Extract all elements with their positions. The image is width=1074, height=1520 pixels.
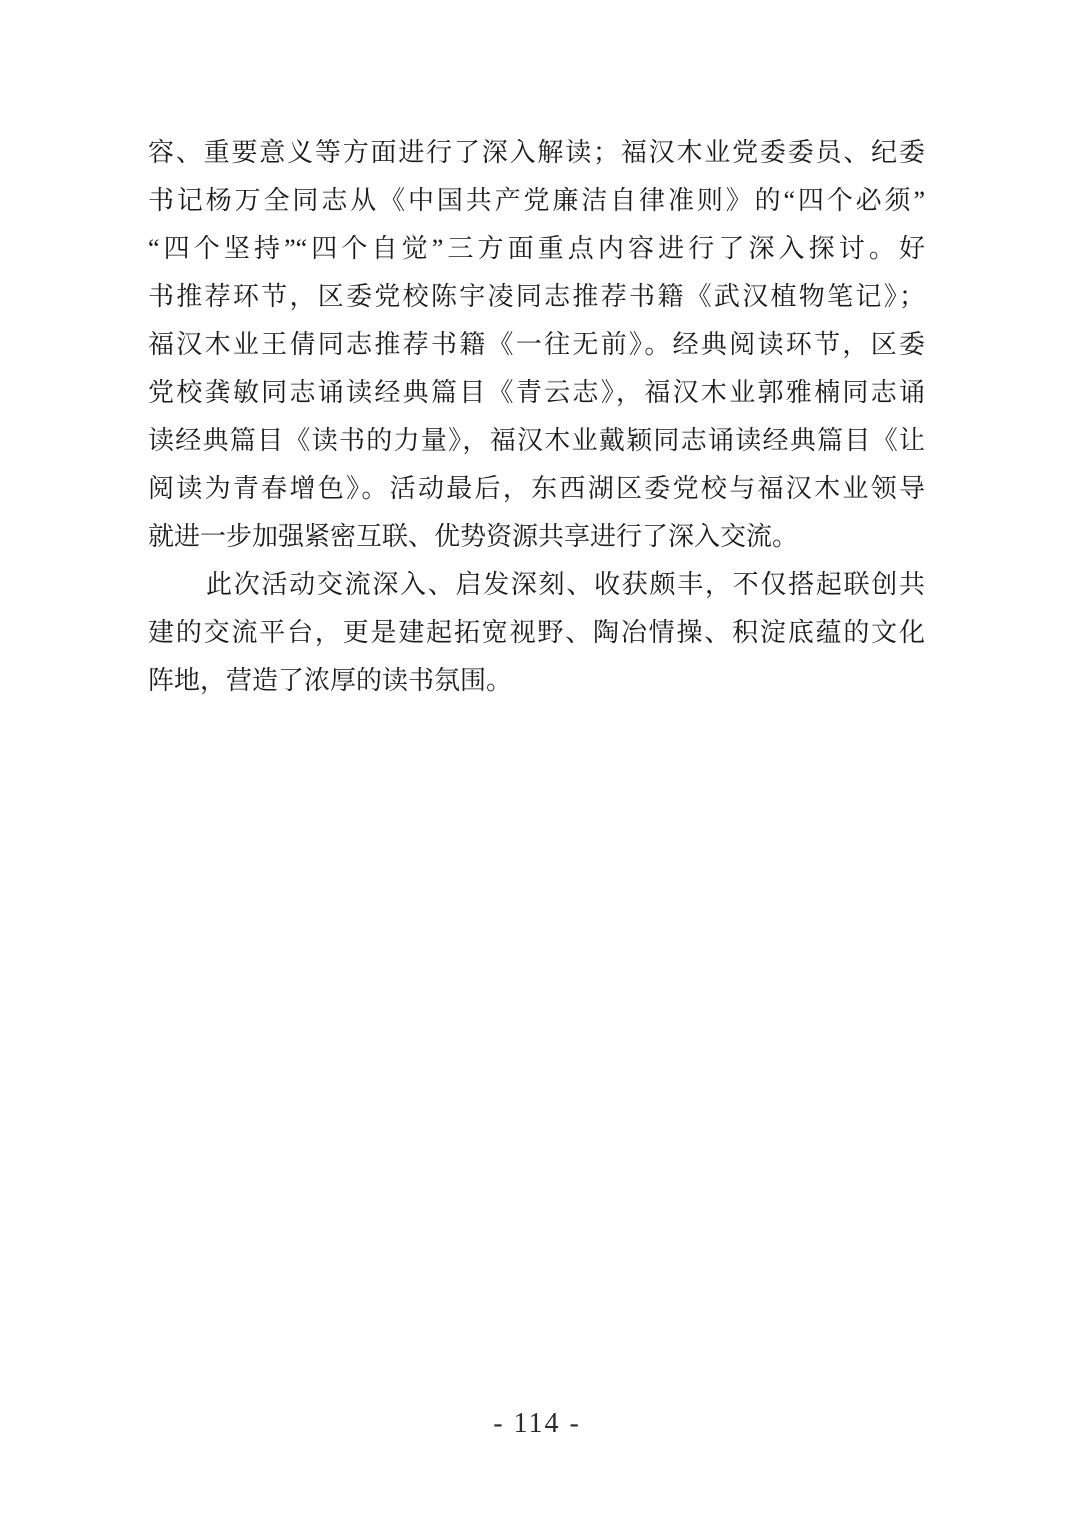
text-line: 阵地，营造了浓厚的读书氛围。 <box>148 657 925 705</box>
text-line: 读经典篇目《读书的力量》，福汉木业戴颖同志诵读经典篇目《让 <box>148 417 925 465</box>
text-line: 书记杨万全同志从《中国共产党廉洁自律准则》的“四个必须” <box>148 177 925 225</box>
text-line: 此次活动交流深入、启发深刻、收获颇丰，不仅搭起联创共 <box>148 561 925 609</box>
text-line: 福汉木业王倩同志推荐书籍《一往无前》。经典阅读环节，区委 <box>148 321 925 369</box>
text-line: “四个坚持”“四个自觉”三方面重点内容进行了深入探讨。好 <box>148 225 925 273</box>
page-number-label: - 114 - <box>493 1408 581 1439</box>
text-line: 阅读为青春增色》。活动最后，东西湖区委党校与福汉木业领导 <box>148 465 925 513</box>
text-line: 建的交流平台，更是建起拓宽视野、陶冶情操、积淀底蕴的文化 <box>148 609 925 657</box>
body-text: 容、重要意义等方面进行了深入解读；福汉木业党委委员、纪委 书记杨万全同志从《中国… <box>148 129 925 705</box>
text-line: 容、重要意义等方面进行了深入解读；福汉木业党委委员、纪委 <box>148 129 925 177</box>
text-line: 书推荐环节，区委党校陈宇凌同志推荐书籍《武汉植物笔记》； <box>148 273 925 321</box>
document-page: 容、重要意义等方面进行了深入解读；福汉木业党委委员、纪委 书记杨万全同志从《中国… <box>0 0 1074 1520</box>
page-number: - 114 - <box>0 1402 1074 1446</box>
text-line: 党校龚敏同志诵读经典篇目《青云志》，福汉木业郭雅楠同志诵 <box>148 369 925 417</box>
text-line: 就进一步加强紧密互联、优势资源共享进行了深入交流。 <box>148 513 925 561</box>
